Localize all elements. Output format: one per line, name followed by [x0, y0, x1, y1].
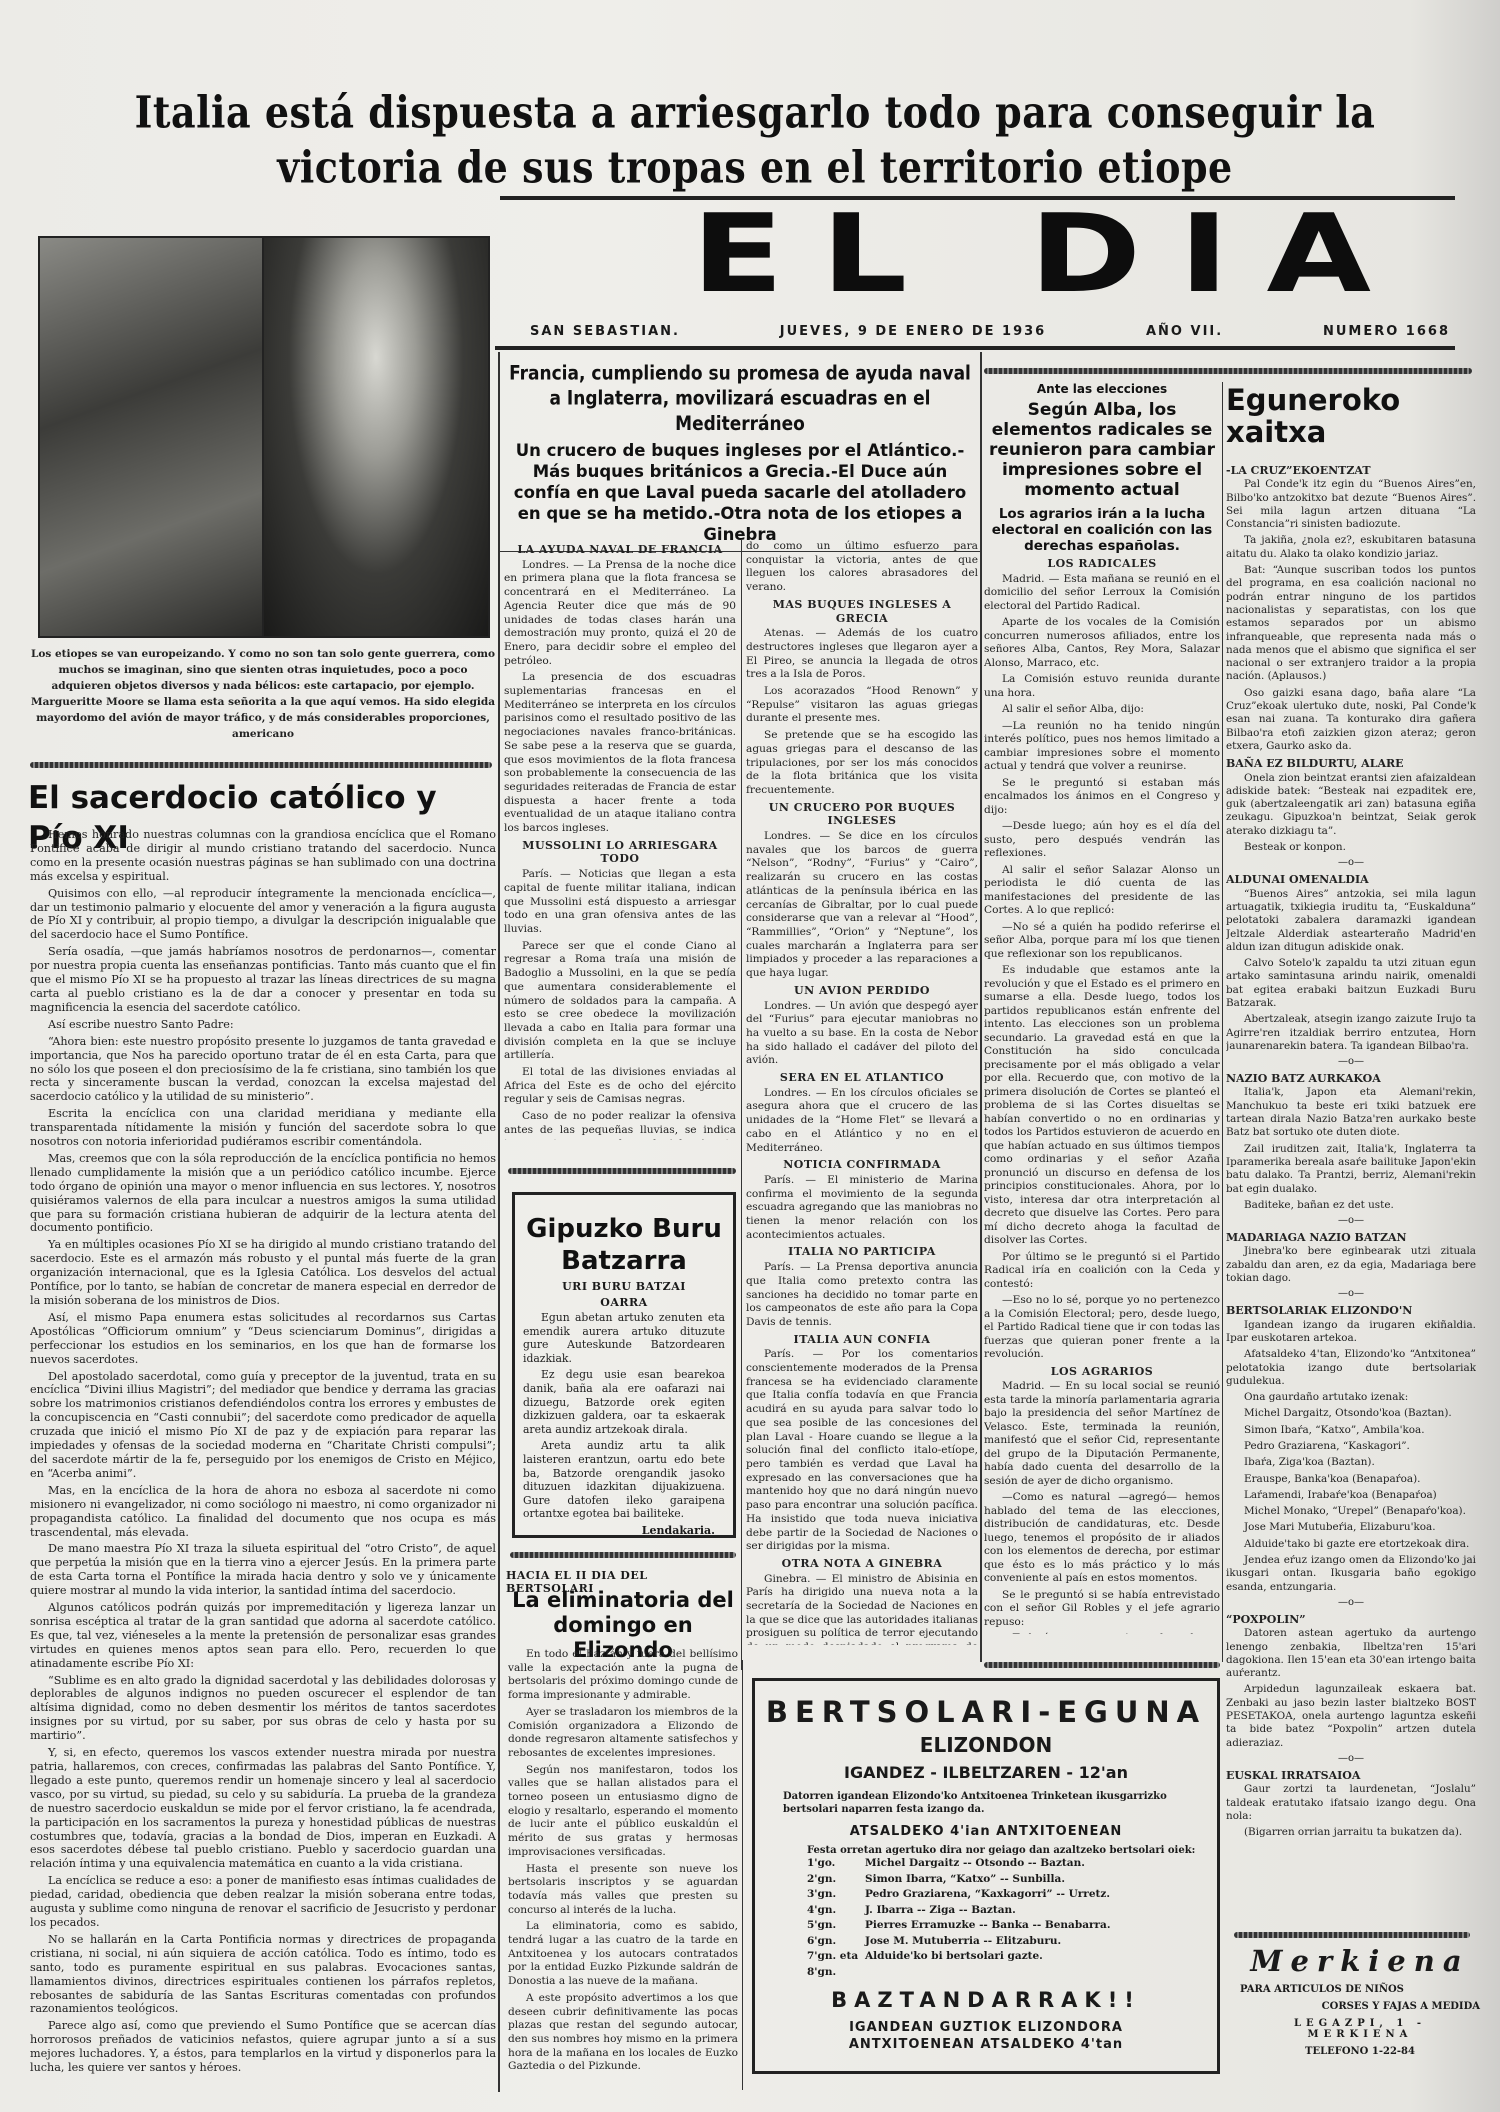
paragraph: Michel Dargaitz, Otsondo'koa (Baztan).	[1226, 1407, 1476, 1420]
paragraph: Abertzaleak, atsegin izango zaizute Iruj…	[1226, 1013, 1476, 1053]
ad-list-item: 3'gn.Pedro Graziarena, “Kaxkagorri” -- U…	[807, 1887, 1217, 1903]
list-rank: 4'gn.	[807, 1903, 865, 1919]
divider	[510, 1552, 736, 1558]
separator: —o—	[1226, 1753, 1476, 1765]
ad-merkiena-address: LEGAZPI, 1 - MERKIENA	[1240, 2018, 1480, 2040]
paragraph: Hasta el presente son nueve los bertsola…	[508, 1863, 738, 1918]
paragraph: Jendea eŕuz izango omen da Elizondo'ko j…	[1226, 1554, 1476, 1594]
paragraph: “Ahora bien: este nuestro propósito pres…	[30, 1035, 496, 1105]
ad-place: ELIZONDON	[755, 1733, 1217, 1757]
paragraph: Londres. — Un avión que despegó ayer del…	[746, 1000, 978, 1069]
notice-title: Gipuzko Buru Batzarra	[523, 1213, 725, 1277]
dateline-city: SAN SEBASTIAN.	[530, 324, 680, 339]
paragraph: Ayer se trasladaron los miembros de la C…	[508, 1706, 738, 1761]
list-rank: 3'gn.	[807, 1887, 865, 1903]
paragraph: Al salir el señor Salazar Alonso un peri…	[984, 864, 1220, 918]
column-rule	[741, 540, 742, 1670]
paragraph: Ona gaurdaño artutako izenak:	[1226, 1391, 1476, 1404]
column-rule	[498, 352, 500, 2092]
list-name: Jose M. Mutuberria -- Elitzaburu.	[865, 1934, 1061, 1950]
ad-time: ATSALDEKO 4'ian ANTXITOENEAN	[755, 1824, 1217, 1839]
photo-ethiopians	[38, 236, 264, 638]
paragraph: Parece algo así, como que previendo el S…	[30, 2019, 496, 2075]
ad-merkiena-brand: Merkiena	[1240, 1944, 1480, 1978]
paragraph: Michel Monako, “Urepel” (Benapaŕo'koa).	[1226, 1505, 1476, 1518]
ad-merkiena: Merkiena PARA ARTICULOS DE NIÑOS CORSES …	[1240, 1944, 1480, 2057]
ad-list-item: 4'gn.J. Ibarra -- Ziga -- Baztan.	[807, 1903, 1217, 1919]
divider	[1234, 1932, 1470, 1938]
paragraph: Ibaŕa, Ziga'koa (Baztan).	[1226, 1456, 1476, 1469]
article-francia-column-1: LA AYUDA NAVAL DE FRANCIALondres. — La P…	[504, 540, 736, 1140]
paragraph: El total de las divisiones enviadas al A…	[504, 1066, 736, 1107]
paragraph: París. — Por los comentarios conscientem…	[746, 1348, 978, 1554]
list-rank: 5'gn.	[807, 1918, 865, 1934]
paragraph: Mas, en la encíclica de la hora de ahora…	[30, 1484, 496, 1540]
masthead-bottom-rule	[495, 346, 1455, 350]
separator: —o—	[1226, 1288, 1476, 1300]
photo-marguerite-moore	[262, 236, 490, 638]
section-heading: MUSSOLINI LO ARRIESGARA TODO	[504, 839, 736, 866]
paragraph: De mano maestra Pío XI traza la silueta …	[30, 1542, 496, 1598]
ad-intro: Datorren igandean Elizondo'ko Antxitoene…	[755, 1782, 1217, 1816]
notice-box-gipuzko: Gipuzko Buru Batzarra URI BURU BATZAI OA…	[512, 1192, 736, 1538]
dateline-year: AÑO VII.	[1146, 324, 1223, 339]
paragraph: —Todavía, no; pero pienso hacerlo en fec…	[984, 1632, 1220, 1634]
article-body-eliminatoria: En todo el Baztán y fuera del bellísimo …	[508, 1648, 738, 2098]
ad-merkiena-phone: TELEFONO 1-22-84	[1240, 2046, 1480, 2057]
ad-title: BERTSOLARI-EGUNA	[755, 1695, 1217, 1729]
paragraph: Arpidedun lagunzaileak eskaera bat. Zenb…	[1226, 1683, 1476, 1749]
paragraph: —La reunión no ha tenido ningún interés …	[984, 720, 1220, 774]
paragraph: En todo el Baztán y fuera del bellísimo …	[508, 1648, 738, 1703]
paragraph: Besteak or konpon.	[1226, 841, 1476, 854]
ad-list-item: 2'gn.Simon Ibarra, “Katxo” -- Sunbilla.	[807, 1872, 1217, 1888]
list-name: Pierres Erramuzke -- Banka -- Benabarra.	[865, 1918, 1111, 1934]
paragraph: La Comisión estuvo reunida durante una h…	[984, 673, 1220, 700]
list-rank: 6'gn.	[807, 1934, 865, 1950]
paragraph: Simon Ibaŕa, “Katxo”, Ambila'koa.	[1226, 1424, 1476, 1437]
ad-slogan: BAZTANDARRAK!!	[755, 1988, 1217, 2012]
notice-subtitle: URI BURU BATZAI	[523, 1280, 725, 1293]
ad-list-intro: Festa orretan agertuko dira nor geiago d…	[755, 1839, 1217, 1856]
section-heading: LOS RADICALES	[984, 557, 1220, 571]
separator: —o—	[1226, 1056, 1476, 1068]
article-elecciones-subheadline: Los agrarios irán a la lucha electoral e…	[984, 506, 1220, 554]
paragraph: Se le preguntó si se había entrevistado …	[984, 1589, 1220, 1630]
list-name: Pedro Graziarena, “Kaxkagorri” -- Urretz…	[865, 1887, 1110, 1903]
paragraph: Madrid. — En su local social se reunió e…	[984, 1380, 1220, 1488]
list-rank: 7'gn. eta 8'gn.	[807, 1949, 865, 1980]
paragraph: París. — La Prensa deportiva anuncia que…	[746, 1261, 978, 1330]
paragraph: Según nos manifestaron, todos los valles…	[508, 1764, 738, 1860]
section-heading: SERA EN EL ATLANTICO	[746, 1071, 978, 1085]
dateline-number: NUMERO 1668	[1323, 324, 1450, 339]
paragraph: Bat: “Aunque suscriban todos los puntos …	[1226, 564, 1476, 684]
dateline-date: JUEVES, 9 DE ENERO DE 1936	[780, 324, 1046, 339]
article-kicker: Ante las elecciones	[984, 382, 1220, 396]
ad-bertsolari-list: 1'go.Michel Dargaitz -- Otsondo -- Bazta…	[755, 1856, 1217, 1980]
list-rank: 1'go.	[807, 1856, 865, 1872]
section-heading: BERTSOLARIAK ELIZONDO'N	[1226, 1304, 1476, 1317]
paragraph: “Buenos Aires” antzokia, sei mila lagun …	[1226, 888, 1476, 954]
ad-closing-2: ANTXITOENEAN ATSALDEKO 4'tan	[755, 2037, 1217, 2052]
paragraph: Así escribe nuestro Santo Padre:	[30, 1018, 496, 1032]
paragraph: Erauspe, Banka'koa (Benapaŕoa).	[1226, 1473, 1476, 1486]
paragraph: Aparte de los vocales de la Comisión con…	[984, 616, 1220, 670]
section-heading: -LA CRUZ”EKOENTZAT	[1226, 464, 1476, 477]
divider	[984, 368, 1472, 374]
article-elecciones: Ante las elecciones Según Alba, los elem…	[984, 382, 1220, 1634]
ad-list-item: 1'go.Michel Dargaitz -- Otsondo -- Bazta…	[807, 1856, 1217, 1872]
article-francia-subheadline: Un crucero de buques ingleses por el Atl…	[500, 438, 980, 551]
section-heading: MAS BUQUES INGLESES A GRECIA	[746, 598, 978, 625]
paragraph: Madrid. — Esta mañana se reunió en el do…	[984, 573, 1220, 614]
banner-line-2: victoria de sus tropas en el territorio …	[20, 140, 1490, 195]
column-title: Eguneroko xaitxa	[1226, 384, 1476, 448]
paragraph: Se le preguntó si estaban más encalmados…	[984, 777, 1220, 818]
paragraph: Alduide'tako bi gazte ere etortzekoak di…	[1226, 1538, 1476, 1551]
paragraph: Italia'k, Japon eta Alemani'rekin, Manch…	[1226, 1086, 1476, 1139]
list-name: J. Ibarra -- Ziga -- Baztan.	[865, 1903, 1016, 1919]
list-name: Michel Dargaitz -- Otsondo -- Baztan.	[865, 1856, 1085, 1872]
article-elecciones-body: LOS RADICALESMadrid. — Esta mañana se re…	[984, 554, 1220, 1634]
article-francia-header: Francia, cumpliendo su promesa de ayuda …	[500, 362, 980, 552]
paragraph: Gaur zortzi ta laurdenetan, “Joslalu” ta…	[1226, 1783, 1476, 1823]
section-heading: ITALIA AUN CONFIA	[746, 1333, 978, 1347]
paragraph: Algunos católicos podrán quizás por impr…	[30, 1601, 496, 1671]
paragraph: Datoren astean agertuko da aurtengo lene…	[1226, 1627, 1476, 1680]
paragraph: Ya en múltiples ocasiones Pío XI se ha d…	[30, 1238, 496, 1308]
paragraph: La encíclica se reduce a eso: a poner de…	[30, 1874, 496, 1930]
paragraph: Por último se le preguntó si el Partido …	[984, 1251, 1220, 1292]
newspaper-page: Italia está dispuesta a arriesgarlo todo…	[0, 0, 1500, 2112]
paragraph: Ginebra. — El ministro de Abisinia en Pa…	[746, 1573, 978, 1645]
paragraph: —Como es natural —agregó— hemos hablado …	[984, 1491, 1220, 1586]
paragraph: Ta jakiña, ¿nola ez?, eskubitaren batasu…	[1226, 534, 1476, 561]
paragraph: Se pretende que se ha escogido las aguas…	[746, 729, 978, 798]
section-heading: UN CRUCERO POR BUQUES INGLESES	[746, 801, 978, 828]
paragraph: Laŕamendi, Irabaŕe'koa (Benapaŕoa)	[1226, 1489, 1476, 1502]
paragraph: Sería osadía, —que jamás habríamos nosot…	[30, 945, 496, 1015]
paragraph: Mas, creemos que con la sóla reproducció…	[30, 1152, 496, 1235]
ad-closing-1: IGANDEAN GUZTIOK ELIZONDORA	[755, 2020, 1217, 2035]
list-name: Simon Ibarra, “Katxo” -- Sunbilla.	[865, 1872, 1065, 1888]
ad-date: IGANDEZ - ILBELTZAREN - 12'an	[755, 1763, 1217, 1782]
ad-list-item: 5'gn.Pierres Erramuzke -- Banka -- Benab…	[807, 1918, 1217, 1934]
paragraph: —Eso no lo sé, porque yo no pertenezco a…	[984, 1294, 1220, 1362]
paragraph: La eliminatoria, como es sabido, tendrá …	[508, 1920, 738, 1989]
paragraph: Escrita la encíclica con una claridad me…	[30, 1107, 496, 1149]
ad-bertsolari-eguna: BERTSOLARI-EGUNA ELIZONDON IGANDEZ - ILB…	[752, 1678, 1220, 2074]
notice-signature: Lendakaria.	[523, 1524, 725, 1537]
paragraph: Parece ser que el conde Ciano al regresa…	[504, 940, 736, 1063]
column-eguneroko: Eguneroko xaitxa -LA CRUZ”EKOENTZATPal C…	[1226, 384, 1476, 1990]
paragraph: Ez degu usie esan bearekoa danik, baña a…	[523, 1368, 725, 1436]
column-rule	[742, 1660, 743, 2090]
paragraph: Egun abetan artuko zenuten eta emendik a…	[523, 1311, 725, 1365]
list-rank: 2'gn.	[807, 1872, 865, 1888]
section-heading: BAÑA EZ BILDURTU, ALARE	[1226, 757, 1476, 770]
ad-merkiena-line-1: PARA ARTICULOS DE NIÑOS	[1240, 1984, 1480, 1995]
paragraph: Londres. — Se dice en los círculos naval…	[746, 830, 978, 981]
paragraph: París. — Noticias que llegan a esta capi…	[504, 868, 736, 937]
article-elecciones-headline: Según Alba, los elementos radicales se r…	[984, 400, 1220, 500]
column-rule	[980, 352, 982, 1662]
section-heading: MADARIAGA NAZIO BATZAN	[1226, 1231, 1476, 1244]
paragraph: Jinebra'ko bere eginbearak utzi zituala …	[1226, 1245, 1476, 1285]
notice-subtitle-2: OARRA	[523, 1296, 725, 1309]
paragraph: Del apostolado sacerdotal, como guía y p…	[30, 1370, 496, 1481]
section-heading: OTRA NOTA A GINEBRA	[746, 1557, 978, 1571]
paragraph: Caso de no poder realizar la ofensiva an…	[504, 1110, 736, 1140]
section-heading: ITALIA NO PARTICIPA	[746, 1245, 978, 1259]
masthead-title: EL DIA	[556, 210, 1500, 300]
paragraph: Es indudable que estamos ante la revoluc…	[984, 964, 1220, 1248]
banner-line-1: Italia está dispuesta a arriesgarlo todo…	[20, 85, 1490, 140]
paragraph: Areta aundiz artu ta alik laisteren eran…	[523, 1439, 725, 1521]
section-heading: ALDUNAI OMENALDIA	[1226, 873, 1476, 886]
paragraph: Pal Conde'k itz egin du “Buenos Aires”en…	[1226, 478, 1476, 531]
section-heading: “POXPOLIN”	[1226, 1613, 1476, 1626]
paragraph: Baditeke, bañan ez det uste.	[1226, 1199, 1476, 1212]
paragraph: Al salir el señor Alba, dijo:	[984, 703, 1220, 717]
section-heading: NAZIO BATZ AURKAKOA	[1226, 1072, 1476, 1085]
separator: —o—	[1226, 857, 1476, 869]
column-rule	[1222, 382, 1223, 1662]
banner-headline: Italia está dispuesta a arriesgarlo todo…	[20, 85, 1490, 195]
paragraph: —Desde luego; aún hoy es el día del sust…	[984, 820, 1220, 861]
ad-list-item: 7'gn. eta 8'gn.Alduide'ko bi bertsolari …	[807, 1949, 1217, 1980]
paragraph: Calvo Sotelo'k zapaldu ta utzi zituan eg…	[1226, 957, 1476, 1010]
paragraph: Igandean izango da irugaren ekiñaldia. I…	[1226, 1319, 1476, 1346]
paragraph: do como un último esfuerzo para conquist…	[746, 540, 978, 595]
section-heading: NOTICIA CONFIRMADA	[746, 1158, 978, 1172]
paragraph: No se hallarán en la Carta Pontificia no…	[30, 1933, 496, 2016]
paragraph: Oso gaizki esana dago, baña alare “La Cr…	[1226, 687, 1476, 753]
dateline: SAN SEBASTIAN. JUEVES, 9 DE ENERO DE 193…	[530, 324, 1450, 339]
notice-body: Egun abetan artuko zenuten eta emendik a…	[523, 1311, 725, 1521]
section-heading: LA AYUDA NAVAL DE FRANCIA	[504, 543, 736, 557]
paragraph: Hemos honrado nuestras columnas con la g…	[30, 828, 496, 884]
separator: —o—	[1226, 1597, 1476, 1609]
divider	[508, 1168, 736, 1174]
paragraph: Afatsaldeko 4'tan, Elizondo'ko “Antxiton…	[1226, 1348, 1476, 1388]
section-heading: UN AVION PERDIDO	[746, 984, 978, 998]
paragraph: Así, el mismo Papa enumera estas solicit…	[30, 1311, 496, 1367]
paragraph: Zail iruditzen zait, Italia'k, Inglaterr…	[1226, 1143, 1476, 1196]
article-francia-headline: Francia, cumpliendo su promesa de ayuda …	[500, 356, 980, 443]
list-name: Alduide'ko bi bertsolari gazte.	[865, 1949, 1043, 1980]
article-body-sacerdocio: Hemos honrado nuestras columnas con la g…	[30, 828, 496, 2098]
paragraph: (Bigarren orrian jarraitu ta bukatzen da…	[1226, 1826, 1476, 1839]
separator: —o—	[1226, 1215, 1476, 1227]
divider	[30, 762, 492, 768]
paragraph: Y, si, en efecto, queremos los vascos ex…	[30, 1746, 496, 1871]
ad-merkiena-line-2: CORSES Y FAJAS A MEDIDA	[1240, 2001, 1480, 2012]
paragraph: Onela zion beintzat erantsi zien afaizal…	[1226, 772, 1476, 838]
ad-list-item: 6'gn.Jose M. Mutuberria -- Elitzaburu.	[807, 1934, 1217, 1950]
paragraph: Atenas. — Además de los cuatro destructo…	[746, 627, 978, 682]
paragraph: A este propósito advertimos a los que de…	[508, 1992, 738, 2074]
paragraph: “Sublime es en alto grado la dignidad sa…	[30, 1674, 496, 1744]
column-body: -LA CRUZ”EKOENTZATPal Conde'k itz egin d…	[1226, 460, 1476, 1990]
article-francia-column-2: do como un último esfuerzo para conquist…	[746, 540, 978, 1645]
divider	[984, 1662, 1220, 1668]
paragraph: Londres. — En los círculos oficiales se …	[746, 1087, 978, 1156]
paragraph: La presencia de dos escuadras suplementa…	[504, 671, 736, 835]
photo-caption: Los etiopes se van europeizando. Y como …	[28, 646, 498, 742]
section-heading: EUSKAL IRRATSAIOA	[1226, 1769, 1476, 1782]
paragraph: Quisimos con ello, —al reproducir íntegr…	[30, 887, 496, 943]
paragraph: Jose Mari Mutubeŕia, Elizaburu'koa.	[1226, 1521, 1476, 1534]
paragraph: París. — El ministerio de Marina confirm…	[746, 1174, 978, 1243]
paragraph: Los acorazados “Hood Renown” y “Repulse”…	[746, 685, 978, 726]
paragraph: Londres. — La Prensa de la noche dice en…	[504, 559, 736, 669]
section-heading: LOS AGRARIOS	[984, 1365, 1220, 1379]
paragraph: —No sé a quién ha podido referirse el se…	[984, 921, 1220, 962]
paragraph: Pedro Graziarena, “Kaskagori”.	[1226, 1440, 1476, 1453]
